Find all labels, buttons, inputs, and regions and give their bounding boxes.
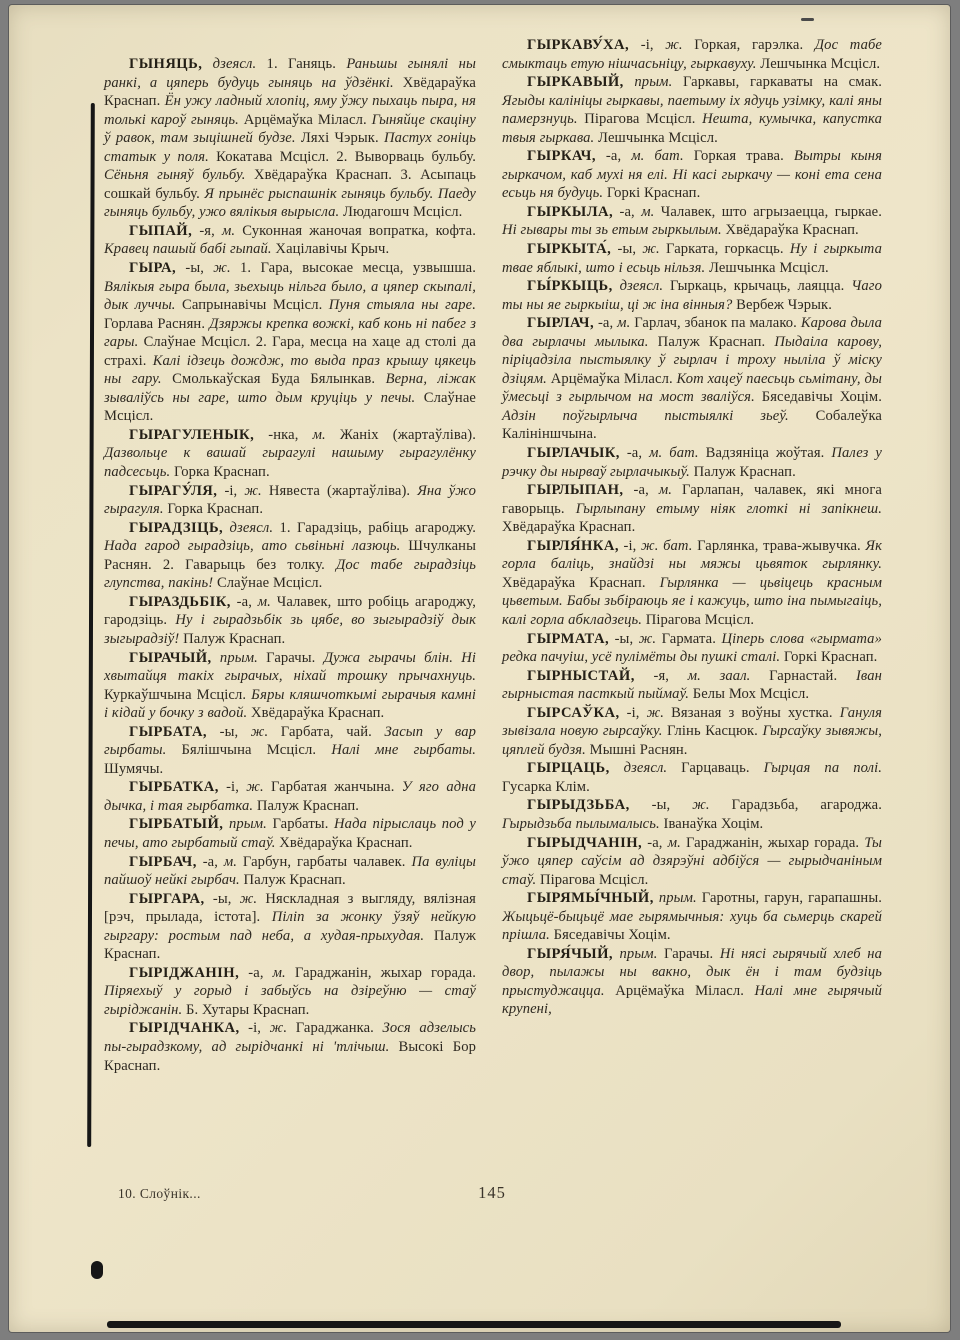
headword: ГЫРСАЎКА, (527, 705, 620, 721)
entry-text: Гарнастай. (750, 668, 856, 684)
entry-text: Палуж Краснап. (690, 464, 796, 480)
entry-text: Горкая, гарэлка. (683, 37, 815, 53)
scanned-book-page-background: { "footer": { "signature": "10. Слоўнік.… (0, 0, 960, 1340)
dictionary-entry: ГЫРЫДЗЬБА, -ы, ж. Гарадзьба, агароджа. Г… (502, 796, 882, 833)
entry-text: Шумячы. (104, 761, 163, 777)
entry-text: -а, (596, 148, 631, 164)
entry-text: -і, (217, 483, 244, 499)
entry-text: -ы, (207, 724, 251, 740)
headword: ГЫРАЧЫЙ, (129, 650, 212, 666)
entry-text: -ы, (611, 241, 642, 257)
scanned-page: ГЫНЯЦЬ, дзеясл. 1. Ганяць. Раньшы гынялі… (9, 5, 950, 1332)
entry-text: -нка, (254, 427, 312, 443)
entry-text: Хацілавічы Крыч. (272, 241, 390, 257)
headword: ГЫРАГУ́ЛЯ, (129, 483, 217, 499)
scan-artifact-blob (91, 1261, 103, 1279)
dictionary-entry: ГЫРЛЫПАН, -а, м. Гарлапан, чалавек, які … (502, 481, 882, 537)
dictionary-entry: ГЫРЯМЫ́ЧНЫЙ, прым. Гаротны, гарун, гарап… (502, 889, 882, 945)
entry-text: Хвёдараўка Краснап. (275, 835, 412, 851)
entry-text: Нявеста (жартаўліва). (262, 483, 417, 499)
usage-example: м. бат. (649, 445, 699, 461)
headword: ГЫРКАЧ, (527, 148, 596, 164)
headword: ГЫРБАТЫЙ, (129, 816, 223, 832)
entry-text: Горкі Краснап. (780, 649, 877, 665)
usage-example: м. заал. (688, 668, 751, 684)
usage-example: Ні гывары ты зь етым гыркылым. (502, 222, 722, 238)
entry-text: -ы, (630, 797, 692, 813)
entry-text: Арцёмаўка Міласл. (605, 983, 755, 999)
headword: ГЫРЫДЗЬБА, (527, 797, 630, 813)
entry-text: -і, (619, 538, 641, 554)
entry-text: -і, (219, 779, 246, 795)
entry-text: Пірагова Мсцісл. (642, 612, 754, 628)
headword: ГЫРЯ́ЧЫЙ, (527, 946, 613, 962)
headword: ГЫРАДЗІЦЬ, (129, 520, 223, 536)
dictionary-entry: ГЫРБАТА, -ы, ж. Гарбата, чай. Засып у ва… (104, 723, 476, 779)
headword: ГЫПАЙ, (129, 223, 192, 239)
headword: ГЫРЛЯ́НКА, (527, 538, 619, 554)
entry-text: Бяседавічы Хоцім. (550, 927, 671, 943)
headword: ГЫРГАРА, (129, 891, 205, 907)
entry-text: Гарачы. (657, 946, 719, 962)
entry-text: Лешчынка Мсцісл. (594, 130, 718, 146)
entry-text: 1. Ганяць. (256, 56, 346, 72)
usage-example: ж. (244, 483, 261, 499)
entry-text: Глінь Касцюк. (663, 723, 763, 739)
entry-text: Смолькаўская Буда Бялынкав. (162, 371, 386, 387)
entry-text: Б. Хутары Краснап. (182, 1002, 309, 1018)
entry-text: Суконная жаночая вопратка, кофта. (235, 223, 476, 239)
dictionary-entry: ГЫРІДЧАНКА, -і, ж. Гараджанка. Зося адзе… (104, 1019, 476, 1075)
entry-text: Пірагова Мсцісл. (578, 111, 703, 127)
headword: ГЫРЦАЦЬ, (527, 760, 610, 776)
entry-text: Гаротны, гарун, гарапашны. (697, 890, 882, 906)
dictionary-entry: ГЫРЫДЧАНІН, -а, м. Гараджанін, жыхар гор… (502, 834, 882, 890)
headword: ГЫРЯМЫ́ЧНЫЙ, (527, 890, 654, 906)
usage-example: ж. (665, 37, 682, 53)
headword: ГЫРАЗДЬБІК, (129, 594, 231, 610)
entry-text: Лешчынка Мсцісл. (705, 260, 829, 276)
usage-example: м. (617, 315, 630, 331)
entry-text: Іванаўка Хоцім. (660, 816, 764, 832)
usage-example: дзеясл. (624, 760, 668, 776)
usage-example: м. (641, 204, 654, 220)
headword: ГЫРБАТА, (129, 724, 207, 740)
entry-text: Кокатава Мсцісл. 2. Выворваць бульбу. (209, 149, 476, 165)
entry-text: -а, (613, 204, 641, 220)
entry-text: Арцёмаўка Міласл. (547, 371, 677, 387)
entry-text: Горкая трава. (684, 148, 794, 164)
dictionary-entry: ГЫРСАЎКА, -і, ж. Вязаная з воўны хустка.… (502, 704, 882, 760)
entry-text: Палуж Краснап. (649, 334, 775, 350)
dictionary-entry: ГЫРАЧЫЙ, прым. Гарачы. Дужа гырачы блін.… (104, 649, 476, 723)
entry-text: -а, (620, 445, 649, 461)
dictionary-entry: ГЫРАГУЛЕНЫК, -нка, м. Жаніх (жартаўліва)… (104, 426, 476, 482)
headword: ГЫРКАВЫЙ, (527, 74, 624, 90)
headword: ГЫРЛАЧЫК, (527, 445, 620, 461)
usage-example: м. (313, 427, 326, 443)
entry-text: Палуж Краснап. (253, 798, 359, 814)
entry-text: -і, (240, 1020, 270, 1036)
dictionary-entry: ГЫРІДЖАНІН, -а, м. Гараджанін, жыхар гор… (104, 964, 476, 1020)
usage-example: м. (668, 835, 681, 851)
usage-example: м. (659, 482, 672, 498)
entry-text: Хвёдараўка Краснап. (247, 705, 384, 721)
entry-text: Гарбата, чай. (268, 724, 384, 740)
entry-text: Гарцаваць. (667, 760, 763, 776)
dictionary-entry: ГЫРЯ́ЧЫЙ, прым. Гарачы. Ні нясі гырячый … (502, 945, 882, 1019)
usage-example: Гырыдзьба пылымалысь. (502, 816, 660, 832)
entry-text: Гарачы. (258, 650, 324, 666)
entry-text: Гараджанка. (287, 1020, 382, 1036)
headword: ГЫРА, (129, 260, 176, 276)
entry-text: Сапрынавічы Мсцісл. (176, 297, 329, 313)
headword: ГЫРЛЫПАН, (527, 482, 624, 498)
entry-text: Гаркавы, гаркаваты на смак. (672, 74, 882, 90)
entry-text: Бяседавічы Хоцім. (755, 389, 882, 405)
dictionary-column-right: ГЫРКАВУ́ХА, -і, ж. Горкая, гарэлка. Дос … (502, 5, 882, 1255)
usage-example: Нада гарод гырадзіць, ато сьвіньні лазюц… (104, 538, 400, 554)
entry-text: Гарбатая жанчына. (264, 779, 402, 795)
entry-text: Людагошч Мсцісл. (339, 204, 462, 220)
usage-example: м. бат. (631, 148, 684, 164)
headword: ГЫ́РКЫЦЬ, (527, 278, 613, 294)
entry-text: Мышні Раснян. (586, 742, 688, 758)
entry-text: -а, (197, 854, 224, 870)
entry-text: Гармата. (656, 631, 721, 647)
entry-text (212, 650, 220, 666)
dictionary-entry: ГЫРЛАЧЫК, -а, м. бат. Вадзяніца жоўтая. … (502, 444, 882, 481)
entry-text: -і, (629, 37, 665, 53)
entry-text: Гарката, горкасць. (660, 241, 790, 257)
dictionary-entry: ГЫРАГУ́ЛЯ, -і, ж. Нявеста (жартаўліва). … (104, 482, 476, 519)
dictionary-entry: ГЫРБАТКА, -і, ж. Гарбатая жанчына. У яго… (104, 778, 476, 815)
page-number: 145 (104, 1183, 880, 1203)
entry-text: Ляхі Чэрык. (296, 130, 384, 146)
usage-example: Гырлыпану етыму ніяк глоткі ні запікнеш. (576, 501, 882, 517)
scan-artifact-bottom-bar (107, 1321, 841, 1328)
entry-text: Хвёдараўка Краснап. (722, 222, 859, 238)
headword: ГЫРКЫЛА, (527, 204, 613, 220)
entry-text (613, 278, 620, 294)
entry-text: Палуж Краснап. (179, 631, 285, 647)
entry-text: -а, (642, 835, 668, 851)
usage-example: ж. (240, 891, 257, 907)
headword: ГЫРЛАЧ, (527, 315, 594, 331)
usage-example: прым. (220, 650, 258, 666)
dictionary-entry: ГЫРБАТЫЙ, прым. Гарбаты. Нада пірыслаць … (104, 815, 476, 852)
entry-text: -ы, (176, 260, 213, 276)
headword: ГЫРІДЧАНКА, (129, 1020, 240, 1036)
dictionary-entry: ГЫРЛЯ́НКА, -і, ж. бат. Гарлянка, трава-ж… (502, 537, 882, 630)
entry-text: Гыркаць, крычаць, лаяцца. (663, 278, 851, 294)
dictionary-column-left: ГЫНЯЦЬ, дзеясл. 1. Ганяць. Раньшы гынялі… (104, 5, 476, 1255)
dictionary-entry: ГЫРКАВУ́ХА, -і, ж. Горкая, гарэлка. Дос … (502, 36, 882, 73)
usage-example: м. (273, 965, 286, 981)
entry-text: Слаўнае Мсцісл. (213, 575, 322, 591)
headword: ГЫРБАТКА, (129, 779, 219, 795)
dictionary-entry: ГЫРА, -ы, ж. 1. Гара, высокае месца, узв… (104, 259, 476, 426)
dictionary-entry: ГЫРКАВЫЙ, прым. Гаркавы, гаркаваты на см… (502, 73, 882, 147)
entry-text: Горлава Раснян. (104, 316, 209, 332)
usage-example: прым. (634, 74, 672, 90)
entry-text: Гарбун, гарбаты чалавек. (237, 854, 411, 870)
usage-example: ж. (251, 724, 268, 740)
entry-text: Куркаўшчына Мсцісл. (104, 687, 251, 703)
usage-example: ж. (639, 631, 656, 647)
entry-text: Гараджанін, жыхар горада. (681, 835, 864, 851)
usage-example: ж. бат. (641, 538, 692, 554)
usage-example: Сёньня гыняў бульбу. (104, 167, 246, 183)
dictionary-entry: ГЫ́РКЫЦЬ, дзеясл. Гыркаць, крычаць, лаяц… (502, 277, 882, 314)
dictionary-entry: ГЫРБАЧ, -а, м. Гарбун, гарбаты чалавек. … (104, 853, 476, 890)
usage-example: м. (258, 594, 271, 610)
headword: ГЫРНЫСТАЙ, (527, 668, 635, 684)
entry-text: Гарлач, збанок па малако. (630, 315, 801, 331)
entry-text: Горка Краснап. (164, 501, 263, 517)
dictionary-entry: ГЫПАЙ, -я, м. Суконная жаночая вопратка,… (104, 222, 476, 259)
usage-example: ж. (270, 1020, 287, 1036)
entry-text: 1. Гара, высокае месца, узвышша. (231, 260, 476, 276)
headword: ГЫРКЫТА́, (527, 241, 611, 257)
entry-text: Гараджанін, жыхар горада. (286, 965, 476, 981)
dictionary-entry: ГЫРГАРА, -ы, ж. Няскладная з выгляду, вя… (104, 890, 476, 964)
dictionary-entry: ГЫРКЫТА́, -ы, ж. Гарката, горкасць. Ну і… (502, 240, 882, 277)
entry-text: Палуж Краснап. (240, 872, 346, 888)
entry-text: Гарадзьба, агароджа. (710, 797, 882, 813)
entry-text: Хвёдараўка Краснап. (502, 519, 635, 535)
dictionary-entry: ГЫРАДЗІЦЬ, дзеясл. 1. Гарадзіць, рабіць … (104, 519, 476, 593)
usage-example: прым. (620, 946, 658, 962)
headword: ГЫРБАЧ, (129, 854, 197, 870)
dictionary-entry: ГЫНЯЦЬ, дзеясл. 1. Ганяць. Раньшы гынялі… (104, 55, 476, 222)
entry-text: Пірагова Мсцісл. (536, 872, 648, 888)
entry-text (610, 760, 624, 776)
usage-example: м. (224, 854, 237, 870)
usage-example: дзеясл. (230, 520, 274, 536)
scan-artifact-left-line (87, 103, 95, 1147)
entry-text: Вербеж Чэрык. (732, 297, 832, 313)
usage-example: ж. (642, 241, 659, 257)
entry-text: Гусарка Клім. (502, 779, 590, 795)
entry-text: Вадзяніца жоўтая. (699, 445, 832, 461)
dictionary-entry: ГЫРЛАЧ, -а, м. Гарлач, збанок па малако.… (502, 314, 882, 444)
entry-text: -а, (624, 482, 659, 498)
entry-text: Вязаная з воўны хустка. (664, 705, 840, 721)
dictionary-entry: ГЫРЦАЦЬ, дзеясл. Гарцаваць. Гырцая па по… (502, 759, 882, 796)
dictionary-entry: ГЫРАЗДЬБІК, -а, м. Чалавек, што робіць а… (104, 593, 476, 649)
usage-example: ж. (692, 797, 709, 813)
entry-text: -ы, (205, 891, 240, 907)
scan-artifact-top-dash (801, 18, 814, 21)
entry-text: Гарлянка, трава-жывучка. (693, 538, 866, 554)
usage-example: дзеясл. (213, 56, 257, 72)
usage-example: прым. (659, 890, 697, 906)
usage-example: Пуня стыяла ны гаре. (329, 297, 476, 313)
usage-example: ж. (213, 260, 230, 276)
usage-example: Адзін поўгырлыча пыстыялкі зьеў. (502, 408, 789, 424)
entry-text: Чалавек, што агрызаецца, гыркае. (654, 204, 882, 220)
usage-example: Налі мне гырбаты. (331, 742, 476, 758)
entry-text: -а, (594, 315, 617, 331)
entry-text: Белы Мох Мсцісл. (689, 686, 809, 702)
dictionary-entry: ГЫРКЫЛА, -а, м. Чалавек, што агрызаецца,… (502, 203, 882, 240)
entry-text: -я, (192, 223, 222, 239)
entry-text: Бялішчына Мсцісл. (166, 742, 331, 758)
entry-text (202, 56, 212, 72)
usage-example: Кравец пашый бабі гыпай. (104, 241, 272, 257)
usage-example: Дазвольце к вашай гырагулі нашыму гырагу… (104, 445, 476, 480)
usage-example: прым. (229, 816, 267, 832)
dictionary-text-block: ГЫНЯЦЬ, дзеясл. 1. Ганяць. Раньшы гынялі… (104, 5, 894, 1255)
entry-text: 1. Гарадзіць, рабіць агароджу. (273, 520, 476, 536)
entry-text: Лешчынка Мсцісл. (757, 56, 881, 72)
dictionary-entry: ГЫРНЫСТАЙ, -я, м. заал. Гарнастай. Іван … (502, 667, 882, 704)
entry-text: -я, (635, 668, 688, 684)
dictionary-entry: ГЫРКАЧ, -а, м. бат. Горкая трава. Вытры … (502, 147, 882, 203)
usage-example: ж. (647, 705, 664, 721)
usage-example: Гырцая па полі. (764, 760, 882, 776)
entry-text: Арцёмаўка Міласл. (239, 112, 372, 128)
entry-text: Горкі Краснап. (603, 185, 700, 201)
entry-text: -а, (231, 594, 258, 610)
page-footer: 10. Слоўнік... 145 (104, 1183, 894, 1207)
entry-text: Гарбаты. (267, 816, 334, 832)
headword: ГЫРМАТА, (527, 631, 609, 647)
usage-example: м. (222, 223, 235, 239)
headword: ГЫНЯЦЬ, (129, 56, 202, 72)
entry-text: -а, (239, 965, 272, 981)
entry-text: Жаніх (жартаўліва). (326, 427, 476, 443)
dictionary-entry: ГЫРМАТА, -ы, ж. Гармата. Ціперь слова «г… (502, 630, 882, 667)
headword: ГЫРКАВУ́ХА, (527, 37, 629, 53)
usage-example: ж. (246, 779, 263, 795)
headword: ГЫРАГУЛЕНЫК, (129, 427, 254, 443)
entry-text: Хвёдараўка Краснап. (502, 575, 660, 591)
entry-text (624, 74, 635, 90)
entry-text: -ы, (609, 631, 639, 647)
entry-text: -і, (620, 705, 647, 721)
headword: ГЫРІДЖАНІН, (129, 965, 239, 981)
headword: ГЫРЫДЧАНІН, (527, 835, 642, 851)
entry-text: Горка Краснап. (170, 464, 269, 480)
usage-example: дзеясл. (620, 278, 664, 294)
